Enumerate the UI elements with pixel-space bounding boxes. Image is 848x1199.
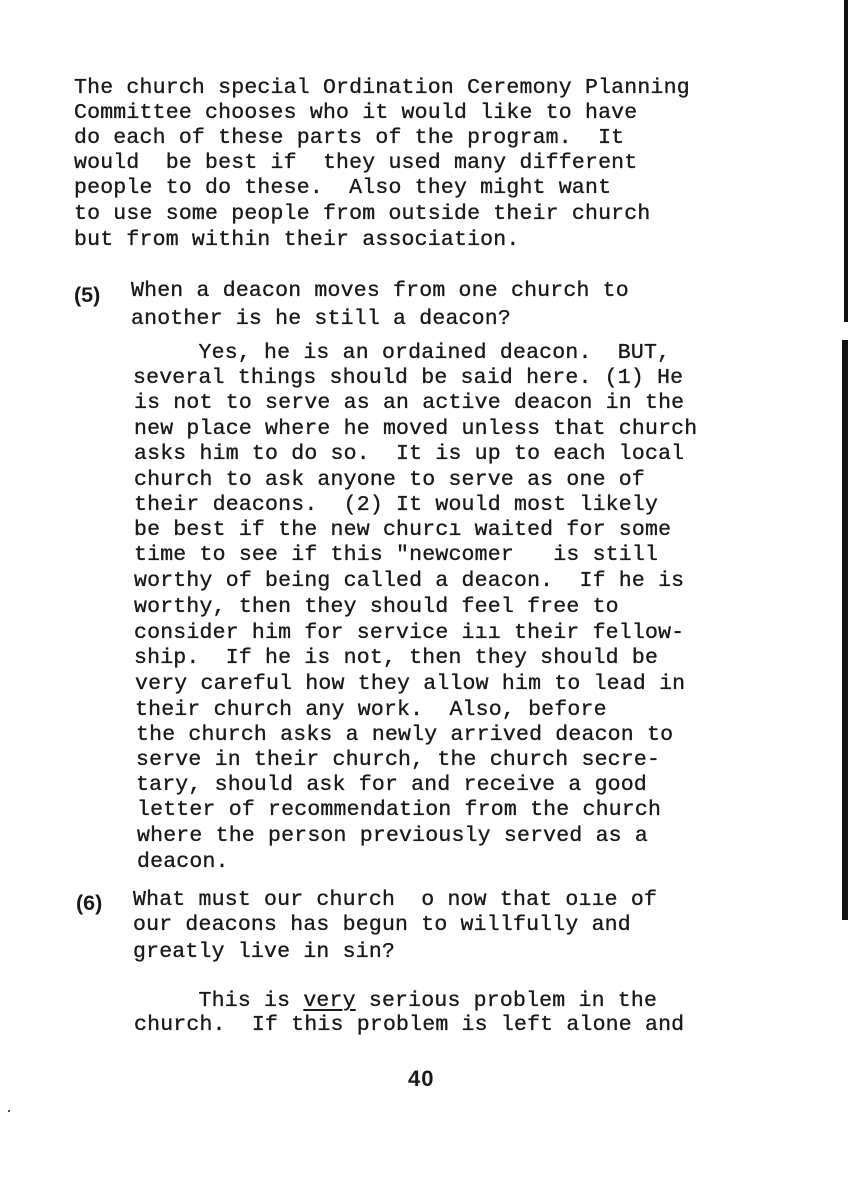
text-line: is not to serve as an active deacon in t…: [134, 391, 684, 416]
text-line: their deacons. (2) It would most likely: [134, 493, 658, 518]
text-line: tary, should ask for and receive a good: [136, 773, 647, 798]
text-line: worthy, then they should feel free to: [134, 595, 619, 620]
question-number: (5): [74, 283, 100, 308]
text-line: but from within their association.: [74, 228, 519, 253]
text-line: people to do these. Also they might want: [74, 176, 611, 201]
scan-speck: [8, 1110, 10, 1112]
text-line: asks him to do so. It is up to each loca…: [134, 442, 684, 467]
text-line: church. If this problem is left alone an…: [134, 1013, 684, 1038]
text-line: where the person previously served as a: [137, 824, 648, 849]
question-text: When a deacon moves from one church to: [131, 279, 629, 304]
question-text: another is he still a deacon?: [131, 307, 511, 332]
text-line: to use some people from outside their ch…: [74, 202, 651, 227]
text-line: new place where he moved unless that chu…: [134, 417, 697, 442]
page-edge-shadow: [844, 0, 848, 322]
text-line: worthy of being called a deacon. If he i…: [134, 569, 684, 594]
text-line: ship. If he is not, then they should be: [134, 646, 658, 671]
text-line: deacon.: [137, 850, 229, 875]
text-line: do each of these parts of the program. I…: [74, 126, 624, 151]
text-line: The church special Ordination Ceremony P…: [74, 76, 690, 101]
text-segment: This is: [133, 989, 303, 1013]
text-line: the church asks a newly arrived deacon t…: [136, 723, 673, 748]
text-line: time to see if this "newcomer is still: [134, 543, 658, 568]
text-line: This is very serious problem in the: [133, 989, 657, 1014]
page-number: 40: [408, 1066, 434, 1092]
page-edge-shadow: [842, 340, 848, 920]
scanned-page: The church special Ordination Ceremony P…: [0, 0, 848, 1199]
question-text: What must our church o now that oııe of: [133, 888, 657, 913]
text-line: several things should be said here. (1) …: [133, 366, 683, 391]
text-line: would be best if they used many differen…: [74, 151, 637, 176]
question-text: greatly live in sin?: [133, 940, 395, 965]
text-line: serve in their church, the church secre-: [136, 748, 660, 773]
question-number: (6): [76, 891, 102, 916]
text-line: letter of recommendation from the church: [137, 798, 661, 823]
underlined-word: very: [303, 989, 355, 1013]
text-line: Yes, he is an ordained deacon. BUT,: [133, 341, 670, 366]
text-line: be best if the new churcı waited for som…: [134, 518, 671, 543]
question-text: our deacons has begun to willfully and: [133, 913, 631, 938]
text-line: church to ask anyone to serve as one of: [134, 468, 645, 493]
text-line: Committee chooses who it would like to h…: [74, 101, 637, 126]
text-line: consider him for service iıı their fello…: [134, 621, 684, 646]
text-line: very careful how they allow him to lead …: [135, 672, 685, 697]
text-segment: serious problem in the: [356, 989, 657, 1013]
text-line: their church any work. Also, before: [135, 698, 607, 723]
